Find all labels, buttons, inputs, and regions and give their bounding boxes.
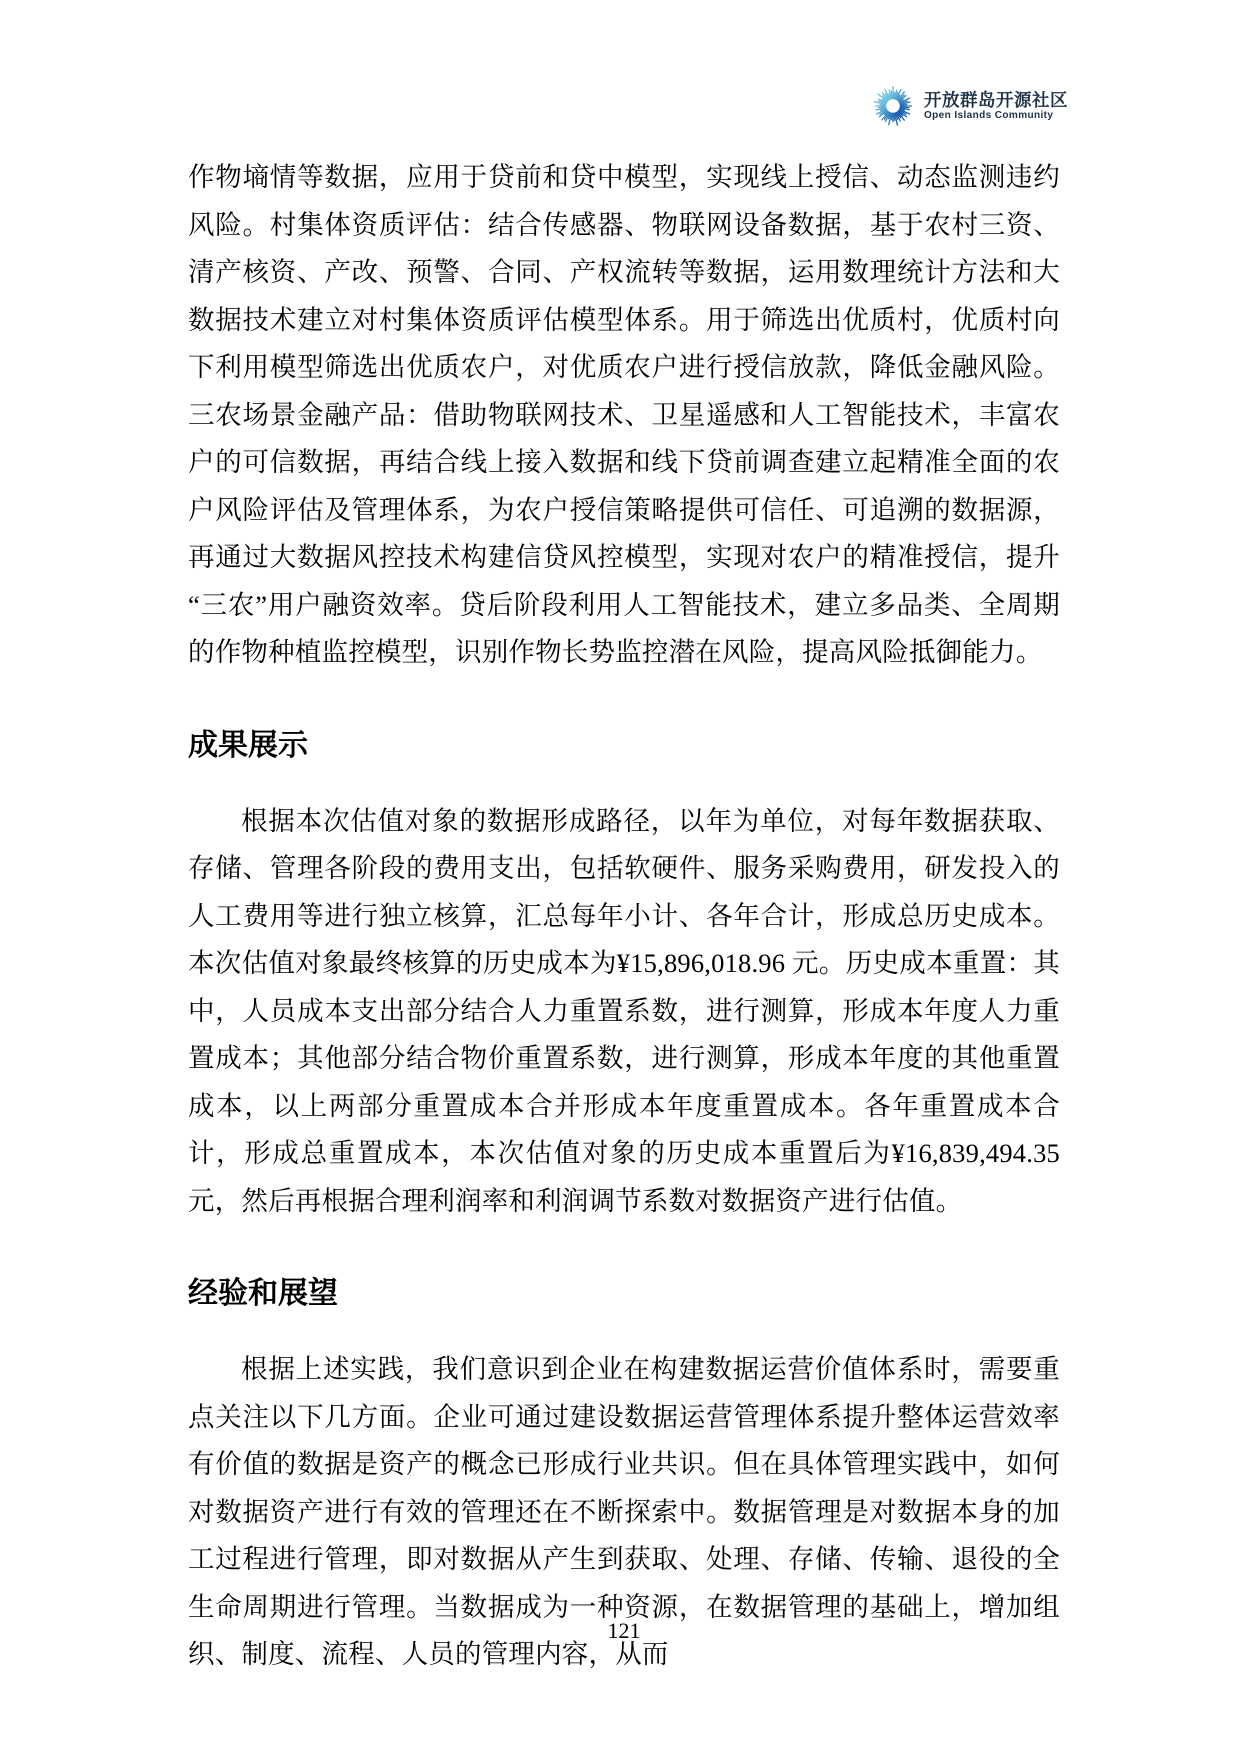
logo-title-en: Open Islands Community — [924, 110, 1068, 122]
logo-title-zh: 开放群岛开源社区 — [924, 90, 1068, 110]
section-heading-results: 成果展示 — [188, 725, 1060, 767]
document-page: 开放群岛开源社区 Open Islands Community 作物墒情等数据，… — [0, 0, 1240, 1753]
sunburst-logo-icon — [871, 84, 915, 128]
paragraph-continued: 作物墒情等数据，应用于贷前和贷中模型，实现线上授信、动态监测违约风险。村集体资质… — [188, 154, 1060, 677]
logo-text: 开放群岛开源社区 Open Islands Community — [924, 90, 1068, 122]
paragraph-results: 根据本次估值对象的数据形成路径，以年为单位，对每年数据获取、存储、管理各阶段的费… — [188, 798, 1060, 1226]
logo: 开放群岛开源社区 Open Islands Community — [871, 84, 1068, 128]
page-number: 121 — [188, 1618, 1060, 1644]
section-heading-experience: 经验和展望 — [188, 1273, 1060, 1315]
page-content: 作物墒情等数据，应用于贷前和贷中模型，实现线上授信、动态监测违约风险。村集体资质… — [188, 154, 1060, 1679]
